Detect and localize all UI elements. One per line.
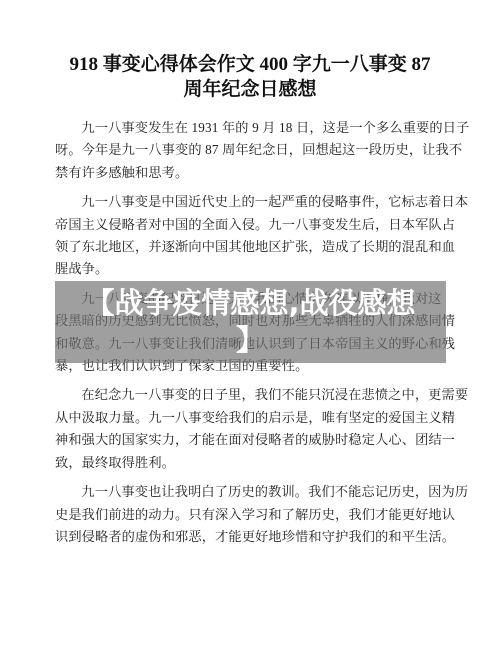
paragraph-line: 史是我们前进的动力。只有深入学习和了解历史，我们才能更好地认 — [55, 504, 445, 526]
paragraph: 九一八事变也让我明白了历史的教训。我们不能忘记历史，因为历史是我们前进的动力。只… — [55, 481, 445, 548]
paragraph-line: 九一八事变也让我明白了历史的教训。我们不能忘记历史，因为历 — [55, 481, 445, 503]
document-title: 918 事变心得体会作文 400 字九一八事变 87周年纪念日感想 — [40, 52, 460, 102]
watermark-banner: 【战争疫情感想,战役感想】 — [55, 281, 446, 363]
paragraph-line: 从中汲取力量。九一八事变给我们的启示是，唯有坚定的爱国主义精 — [55, 407, 445, 429]
paragraph-line: 识到侵略者的虚伪和邪恶，才能更好地珍惜和守护我们的和平生活。 — [55, 526, 445, 548]
paragraph-line: 呀。今年是九一八事变的 87 周年纪念日，回想起这一段历史，让我不 — [55, 139, 445, 161]
paragraph-line: 帝国主义侵略者对中国的全面入侵。九一八事变发生后，日本军队占 — [55, 214, 445, 236]
paragraph-line: 禁有许多感触和思考。 — [55, 162, 445, 184]
paragraph: 九一八事变发生在 1931 年的 9 月 18 日，这是一个多么重要的日子呀。今… — [55, 117, 445, 184]
title-line-2: 周年纪念日感想 — [40, 77, 460, 102]
paragraph: 在纪念九一八事变的日子里，我们不能只沉浸在悲愤之中，更需要从中汲取力量。九一八事… — [55, 384, 445, 474]
paragraph-line: 九一八事变是中国近代史上的一起严重的侵略事件，它标志着日本 — [55, 191, 445, 213]
paragraph-line: 腥战争。 — [55, 258, 445, 280]
paragraph: 九一八事变是中国近代史上的一起严重的侵略事件，它标志着日本帝国主义侵略者对中国的… — [55, 191, 445, 281]
paragraph-line: 领了东北地区，并逐渐向中国其他地区扩张，造成了长期的混乱和血 — [55, 236, 445, 258]
banner-text-line-1: 【战争疫情感想,战役感想 — [85, 285, 415, 322]
title-line-1: 918 事变心得体会作文 400 字九一八事变 87 — [40, 52, 460, 77]
document-page: 918 事变心得体会作文 400 字九一八事变 87周年纪念日感想 九一八事变发… — [0, 0, 500, 647]
paragraph-line: 九一八事变发生在 1931 年的 9 月 18 日，这是一个多么重要的日子 — [55, 117, 445, 139]
paragraph-line: 神和强大的国家实力，才能在面对侵略者的威胁时稳定人心、团结一 — [55, 429, 445, 451]
banner-text-line-2: 】 — [236, 322, 265, 359]
paragraph-line: 在纪念九一八事变的日子里，我们不能只沉浸在悲愤之中，更需要 — [55, 384, 445, 406]
paragraph-line: 致，最终取得胜利。 — [55, 452, 445, 474]
